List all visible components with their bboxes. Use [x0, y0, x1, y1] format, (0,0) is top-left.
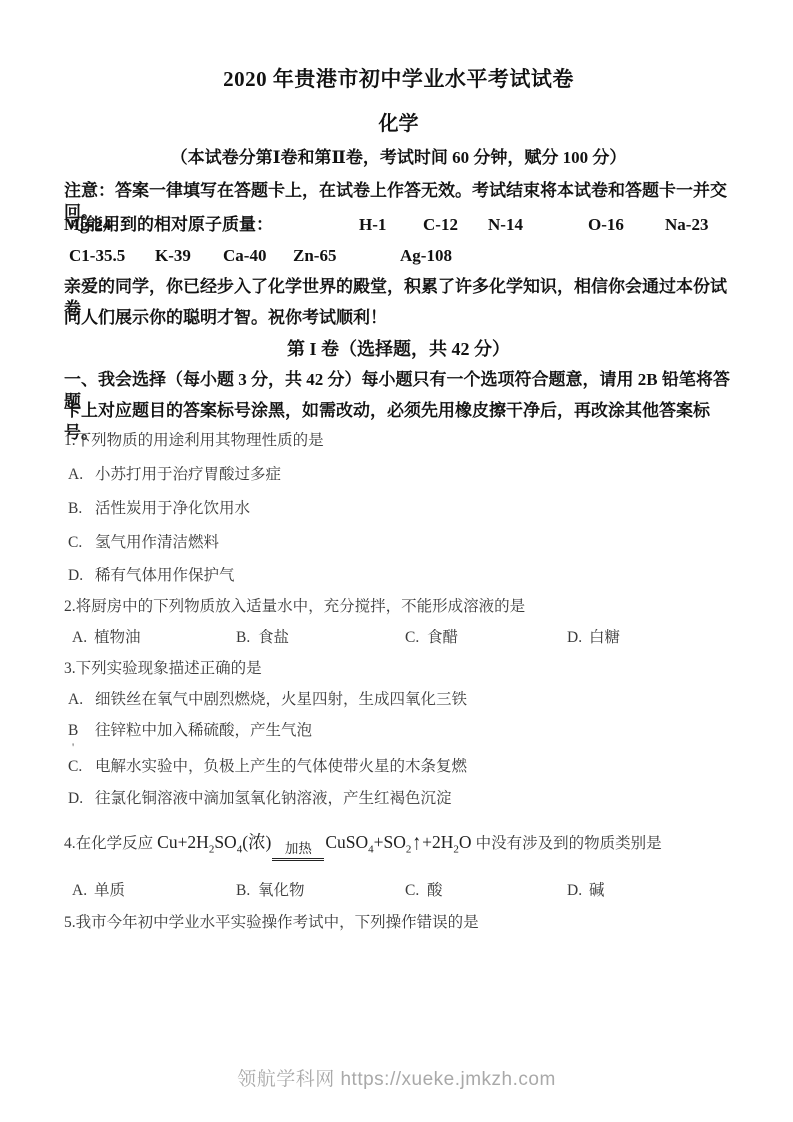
- option-text: 单质: [94, 882, 125, 899]
- atomic-mass-item: C-12: [423, 214, 458, 236]
- option-letter: B.: [68, 499, 95, 519]
- double-line-icon: [272, 858, 324, 861]
- condition-label: 加热: [285, 841, 312, 857]
- atomic-mass-item: O-16: [588, 214, 624, 236]
- question-3-option-a: A.细铁丝在氧气中剧烈燃烧，火星四射，生成四氧化三铁: [64, 690, 733, 710]
- question-2-option-c: C.食醋: [405, 628, 458, 648]
- option-letter: A.: [68, 465, 95, 485]
- option-letter: D.: [68, 789, 95, 809]
- option-text: 酸: [427, 882, 443, 899]
- question-4-stem: 4.在化学反应Cu+2H2SO4(浓)加热CuSO4+SO2↑+2H2O中没有涉…: [64, 830, 733, 862]
- option-text: 小苏打用于治疗胃酸过多症: [95, 466, 281, 483]
- option-letter: D.: [567, 628, 589, 648]
- option-text: 活性炭用于净化饮用水: [95, 500, 250, 517]
- question-1-option-b: B.活性炭用于净化饮用水: [64, 499, 733, 519]
- question-2-option-b: B.食盐: [236, 628, 289, 648]
- atomic-mass-item: Zn-65: [293, 245, 336, 267]
- option-letter: C.: [68, 533, 95, 553]
- option-text: 氧化物: [258, 882, 305, 899]
- reactant: Cu+2H: [157, 832, 209, 852]
- question-5-stem: 5.我市今年初中学业水平实验操作考试中，下列操作错误的是: [64, 913, 733, 933]
- question-2-option-d: D.白糖: [567, 628, 620, 648]
- option-text: 往氯化铜溶液中滴加氢氧化钠溶液，产生红褐色沉淀: [95, 790, 452, 807]
- stray-mark: ': [72, 740, 74, 756]
- exam-paper-page: 2020 年贵港市初中学业水平考试试卷 化学 （本试卷分第Ⅰ卷和第Ⅱ卷，考试时间…: [0, 0, 793, 1122]
- question-1-option-a: A.小苏打用于治疗胃酸过多症: [64, 465, 733, 485]
- option-text: 电解水实验中，负极上产生的气体使带火星的木条复燃: [95, 758, 467, 775]
- question-4-prefix: 4.在化学反应: [64, 835, 153, 852]
- question-4-option-b: B.氧化物: [236, 881, 305, 901]
- site-watermark: 领航学科网 https://xueke.jmkzh.com: [0, 1068, 793, 1093]
- question-3-option-b: B往锌粒中加入稀硫酸，产生气泡: [64, 721, 733, 741]
- gas-up-arrow-icon: ↑: [412, 827, 421, 857]
- question-1-stem: 1.下列物质的用途利用其物理性质的是: [64, 431, 733, 451]
- question-4-option-d: D.碱: [567, 881, 605, 901]
- atomic-mass-item: H-1: [359, 214, 386, 236]
- atomic-mass-item: Ca-40: [223, 245, 266, 267]
- option-text: 细铁丝在氧气中剧烈燃烧，火星四射，生成四氧化三铁: [95, 691, 467, 708]
- paper-subject: 化学: [64, 111, 733, 137]
- section-1-heading: 第 I 卷（选择题，共 42 分）: [64, 338, 733, 361]
- paper-title: 2020 年贵港市初中学业水平考试试卷: [64, 66, 733, 93]
- subscript: 2: [406, 844, 412, 856]
- product: CuSO: [325, 832, 368, 852]
- question-1-option-c: C.氢气用作清洁燃料: [64, 533, 733, 553]
- question-3-stem: 3.下列实验现象描述正确的是: [64, 659, 733, 679]
- question-4-options-row: A.单质 B.氧化物 C.酸 D.碱: [64, 881, 733, 905]
- option-text: 往锌粒中加入稀硫酸，产生气泡: [95, 722, 312, 739]
- option-text: 稀有气体用作保护气: [95, 567, 235, 584]
- option-letter: D.: [567, 881, 589, 901]
- paper-info: （本试卷分第Ⅰ卷和第Ⅱ卷，考试时间 60 分钟，赋分 100 分）: [64, 147, 733, 169]
- option-text: 植物油: [94, 629, 141, 646]
- atomic-mass-item: K-39: [155, 245, 191, 267]
- atomic-mass-item: N-14: [488, 214, 523, 236]
- option-letter: D.: [68, 566, 95, 586]
- question-2-options-row: A.植物油 B.食盐 C.食醋 D.白糖: [64, 628, 733, 652]
- option-letter: A.: [68, 690, 95, 710]
- question-3-option-c: C.电解水实验中，负极上产生的气体使带火星的木条复燃: [64, 757, 733, 777]
- option-letter: A.: [72, 881, 94, 901]
- option-letter: C.: [405, 628, 427, 648]
- reactant-state: (浓): [242, 832, 271, 852]
- product: +2H: [422, 832, 453, 852]
- option-letter: B.: [236, 628, 258, 648]
- option-text: 氢气用作清洁燃料: [95, 534, 219, 551]
- atomic-mass-item: Na-23: [665, 214, 708, 236]
- option-letter: C.: [405, 881, 427, 901]
- atomic-masses-line-2: C1-35.5 K-39 Ca-40 Zn-65 Ag-108: [64, 245, 733, 269]
- question-3-option-d: D.往氯化铜溶液中滴加氢氧化钠溶液，产生红褐色沉淀: [64, 789, 733, 809]
- option-text: 食盐: [258, 629, 289, 646]
- atomic-mass-item: Ag-108: [400, 245, 452, 267]
- reactant: SO: [214, 832, 236, 852]
- question-1-option-d: D.稀有气体用作保护气: [64, 566, 733, 586]
- atomic-masses-line-1: 可能用到的相对原子质量： H-1 C-12 N-14 O-16 Na-23 Mg…: [64, 214, 733, 238]
- atomic-mass-item: C1-35.5: [69, 245, 125, 267]
- product: O: [459, 832, 472, 852]
- option-text: 食醋: [427, 629, 458, 646]
- question-2-option-a: A.植物油: [72, 628, 141, 648]
- option-letter: A.: [72, 628, 94, 648]
- atomic-masses-label: 可能用到的相对原子质量：: [69, 214, 273, 236]
- option-letter: C.: [68, 757, 95, 777]
- greeting-line-2: 向人们展示你的聪明才智。祝你考试顺利！: [64, 307, 733, 329]
- option-letter: B.: [236, 881, 258, 901]
- reaction-condition: 加热: [272, 841, 324, 861]
- option-letter: B: [68, 721, 95, 741]
- option-text: 白糖: [589, 629, 620, 646]
- question-2-stem: 2.将厨房中的下列物质放入适量水中，充分搅拌，不能形成溶液的是: [64, 597, 733, 617]
- question-4-option-c: C.酸: [405, 881, 443, 901]
- chemical-equation: Cu+2H2SO4(浓)加热CuSO4+SO2↑+2H2O: [157, 832, 471, 852]
- question-4-option-a: A.单质: [72, 881, 125, 901]
- product: +SO: [374, 832, 406, 852]
- question-4-suffix: 中没有涉及到的物质类别是: [476, 835, 662, 852]
- option-text: 碱: [589, 882, 605, 899]
